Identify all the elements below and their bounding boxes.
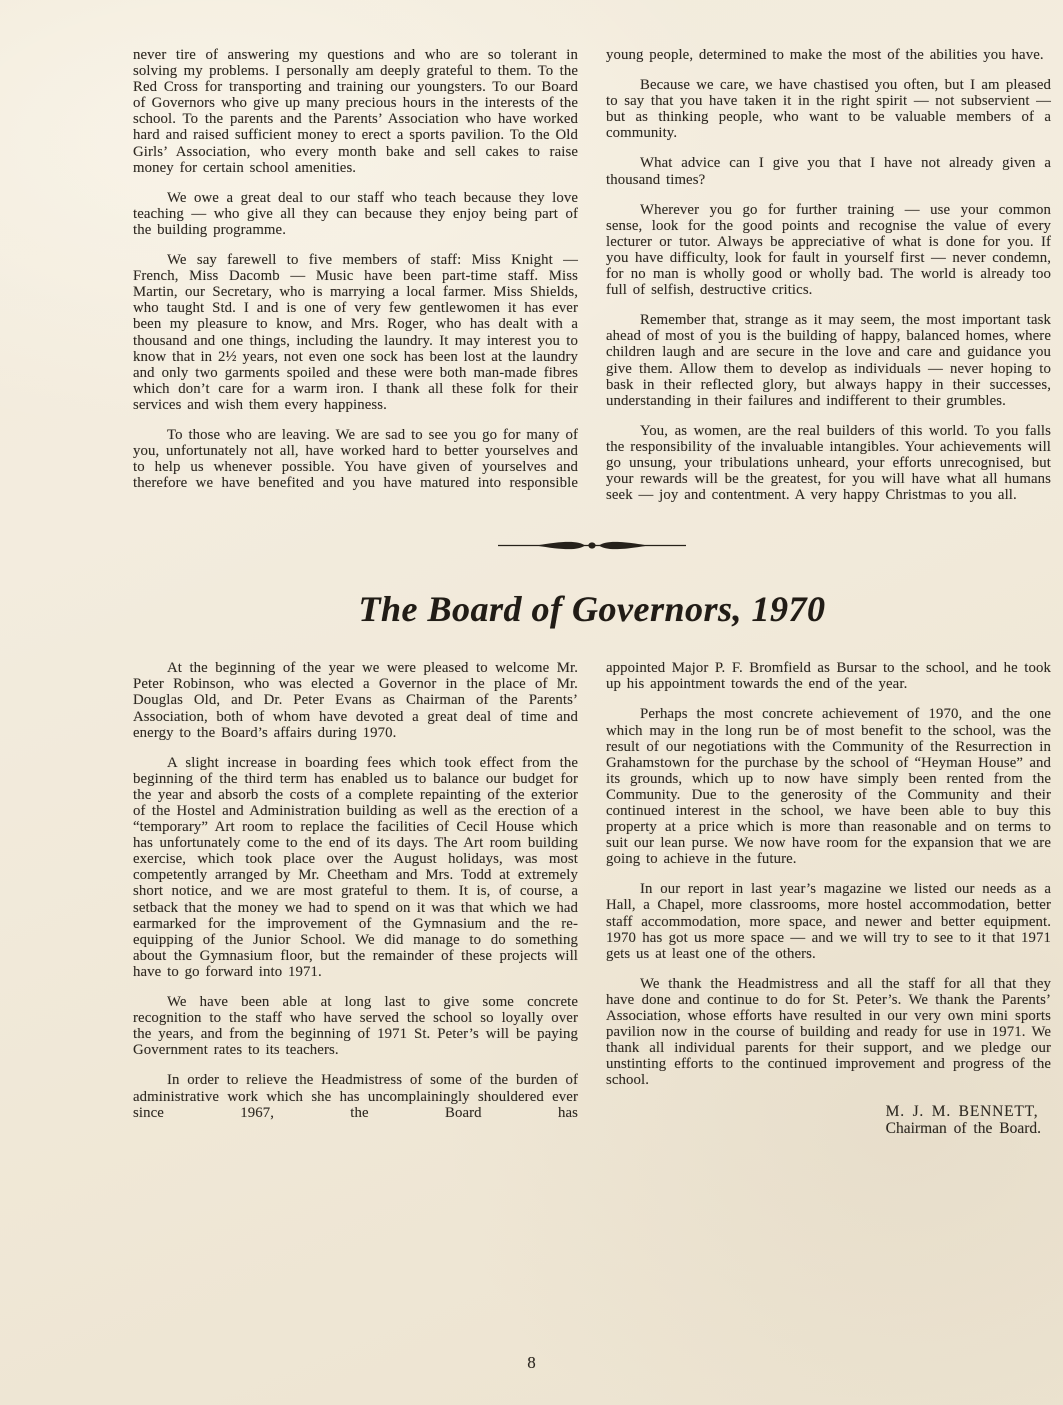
paragraph: You, as women, are the real builders of …	[606, 423, 1051, 503]
paragraph: Remember that, strange as it may seem, t…	[606, 312, 1051, 409]
signature-block: M. J. M. BENNETT, Chairman of the Board.	[886, 1103, 1041, 1137]
headmistress-right-column: young people, determined to make the mos…	[606, 47, 1051, 503]
page-content: never tire of answering my questions and…	[133, 47, 1051, 1137]
paragraph: Because we care, we have chastised you o…	[606, 77, 1051, 141]
paragraph: We owe a great deal to our staff who tea…	[133, 190, 578, 238]
governors-report: At the beginning of the year we were ple…	[133, 660, 1051, 1136]
ornamental-divider-icon	[498, 537, 686, 554]
paragraph: Wherever you go for further training — u…	[606, 202, 1051, 299]
paragraph: never tire of answering my questions and…	[133, 47, 578, 176]
signature-role: Chairman of the Board.	[886, 1120, 1041, 1137]
paragraph: We have been able at long last to give s…	[133, 994, 578, 1058]
paragraph: Perhaps the most concrete achievement of…	[606, 706, 1051, 867]
paragraph: We thank the Headmistress and all the st…	[606, 976, 1051, 1089]
page-number: 8	[0, 1353, 1063, 1373]
paragraph: young people, determined to make the mos…	[606, 47, 1051, 63]
paragraph: In our report in last year’s magazine we…	[606, 881, 1051, 961]
paragraph: To those who are leaving. We are sad to …	[133, 427, 578, 491]
paragraph: In order to relieve the Headmistress of …	[133, 1072, 578, 1120]
paragraph: At the beginning of the year we were ple…	[133, 660, 578, 740]
paragraph: We say farewell to five members of staff…	[133, 252, 578, 413]
magazine-page: never tire of answering my questions and…	[0, 0, 1063, 1405]
paragraph: A slight increase in boarding fees which…	[133, 755, 578, 980]
paragraph: What advice can I give you that I have n…	[606, 155, 1051, 187]
headmistress-left-column: never tire of answering my questions and…	[133, 47, 578, 503]
section-title: The Board of Governors, 1970	[133, 588, 1051, 630]
governors-right-column: appointed Major P. F. Bromfield as Bursa…	[606, 660, 1051, 1136]
headmistress-report-continued: never tire of answering my questions and…	[133, 47, 1051, 503]
signature-name: M. J. M. BENNETT,	[886, 1103, 1041, 1120]
governors-left-column: At the beginning of the year we were ple…	[133, 660, 578, 1136]
paragraph: appointed Major P. F. Bromfield as Bursa…	[606, 660, 1051, 692]
